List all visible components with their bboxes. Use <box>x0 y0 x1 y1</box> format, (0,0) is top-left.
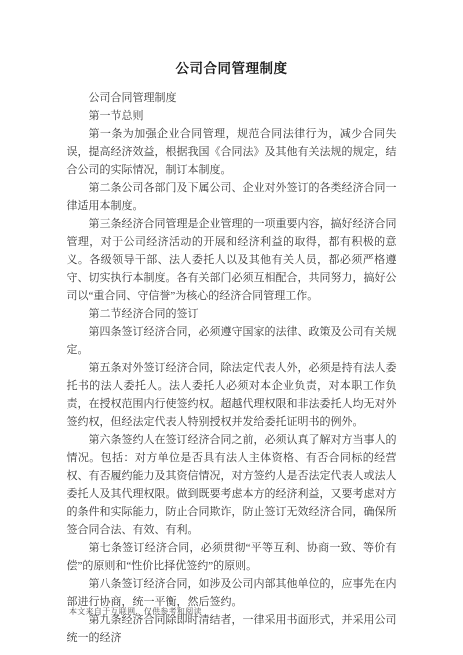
paragraph: 第二节经济合同的签订 <box>67 305 397 323</box>
document-page: 公司合同管理制度 公司合同管理制度第一节总则第一条为加强企业合同管理，规范合同法… <box>0 0 463 655</box>
paragraph: 第七条签订经济合同，必须贯彻“平等互利、协商一致、等价有偿”的原则和“性价比择优… <box>67 539 397 575</box>
document-body: 公司合同管理制度第一节总则第一条为加强企业合同管理，规范合同法律行为，减少合同失… <box>67 89 397 647</box>
paragraph: 公司合同管理制度 <box>67 89 397 107</box>
footer-note: 本文来自于互联网，仅供参考和阅读 <box>69 606 202 618</box>
paragraph: 第四条签订经济合同，必须遵守国家的法律、政策及公司有关规定。 <box>67 323 397 359</box>
document-title: 公司合同管理制度 <box>0 0 463 78</box>
paragraph: 第二条公司各部门及下属公司、企业对外签订的各类经济合同一律适用本制度。 <box>67 179 397 215</box>
paragraph: 第一条为加强企业合同管理，规范合同法律行为，减少合同失误，提高经济效益，根据我国… <box>67 125 397 179</box>
paragraph: 第五条对外签订经济合同，除法定代表人外，必须是持有法人委托书的法人委托人。法人委… <box>67 359 397 431</box>
paragraph: 第一节总则 <box>67 107 397 125</box>
paragraph: 第六条签约人在签订经济合同之前，必须认真了解对方当事人的情况。包括：对方单位是否… <box>67 431 397 539</box>
paragraph: 第三条经济合同管理是企业管理的一项重要内容，搞好经济合同管理，对于公司经济活动的… <box>67 215 397 305</box>
